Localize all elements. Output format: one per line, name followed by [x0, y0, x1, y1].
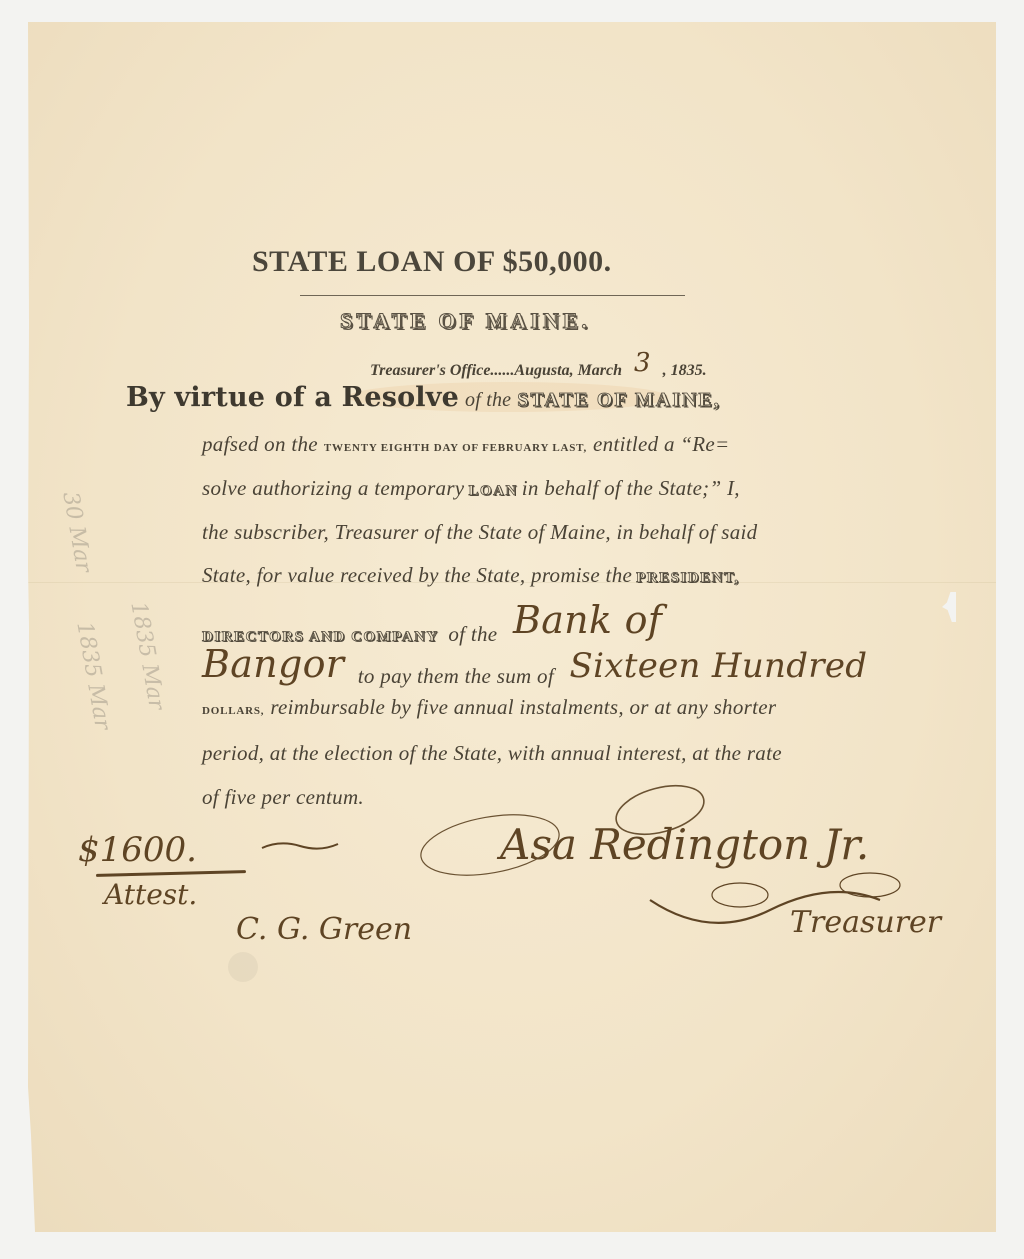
handwritten-payee: Bangor — [202, 642, 344, 686]
preamble-gothic: By virtue of a Resolve — [126, 382, 459, 413]
body-text: in behalf of the State;” I, — [522, 476, 740, 500]
title-divider — [300, 295, 685, 296]
document-title: STATE LOAN OF $50,000. — [252, 245, 612, 279]
handwritten-day: 3 — [634, 348, 651, 378]
body-line-6: Bangor to pay them the sum of Sixteen Hu… — [202, 648, 867, 692]
body-text: to pay them the sum of — [358, 664, 554, 688]
handwritten-sum: Sixteen Hundred — [570, 646, 868, 686]
body-line-3: the subscriber, Treasurer of the State o… — [202, 520, 757, 545]
preamble-line: By virtue of a Resolveof theSTATE OF MAI… — [126, 382, 721, 413]
treasurer-signature: Asa Redington Jr. — [500, 820, 869, 869]
body-shadowcaps: LOAN — [468, 483, 517, 499]
attest-label: Attest. — [104, 878, 197, 911]
preamble-connector: of the — [465, 389, 511, 411]
body-text: entitled a “Re= — [593, 432, 729, 456]
handwritten-amount: $1600. — [78, 830, 197, 870]
office-prefix: Treasurer's Office......Augusta, March — [370, 362, 622, 379]
office-date-line: Treasurer's Office......Augusta, March3,… — [370, 352, 707, 382]
body-line-8: period, at the election of the State, wi… — [202, 741, 782, 766]
flourish-icon — [260, 836, 340, 856]
stain — [228, 952, 258, 982]
body-shadowcaps: PRESIDENT, — [636, 570, 740, 586]
body-line-7: DOLLARS,reimbursable by five annual inst… — [202, 695, 776, 720]
body-line-1: pafsed on theTWENTY EIGHTH DAY OF FEBRUA… — [202, 432, 730, 457]
body-text: State, for value received by the State, … — [202, 563, 632, 587]
body-text: solve authorizing a temporary — [202, 476, 464, 500]
body-smallcaps: TWENTY EIGHTH DAY OF FEBRUARY LAST, — [324, 442, 587, 454]
attest-signature: C. G. Green — [236, 912, 412, 947]
body-line-2: solve authorizing a temporaryLOANin beha… — [202, 476, 740, 501]
body-line-4: State, for value received by the State, … — [202, 563, 744, 588]
body-text: of the — [448, 622, 497, 646]
office-year: , 1835. — [663, 362, 707, 379]
body-smallcaps: DOLLARS, — [202, 705, 264, 717]
body-line-9: of five per centum. — [202, 785, 364, 810]
body-text: pafsed on the — [202, 432, 318, 456]
treasurer-title: Treasurer — [790, 905, 941, 940]
body-text: reimbursable by five annual instalments,… — [270, 695, 776, 719]
handwritten-payee: Bank of — [513, 598, 662, 642]
document-subtitle: STATE OF MAINE. — [340, 308, 591, 334]
preamble-state: STATE OF MAINE, — [517, 389, 721, 411]
